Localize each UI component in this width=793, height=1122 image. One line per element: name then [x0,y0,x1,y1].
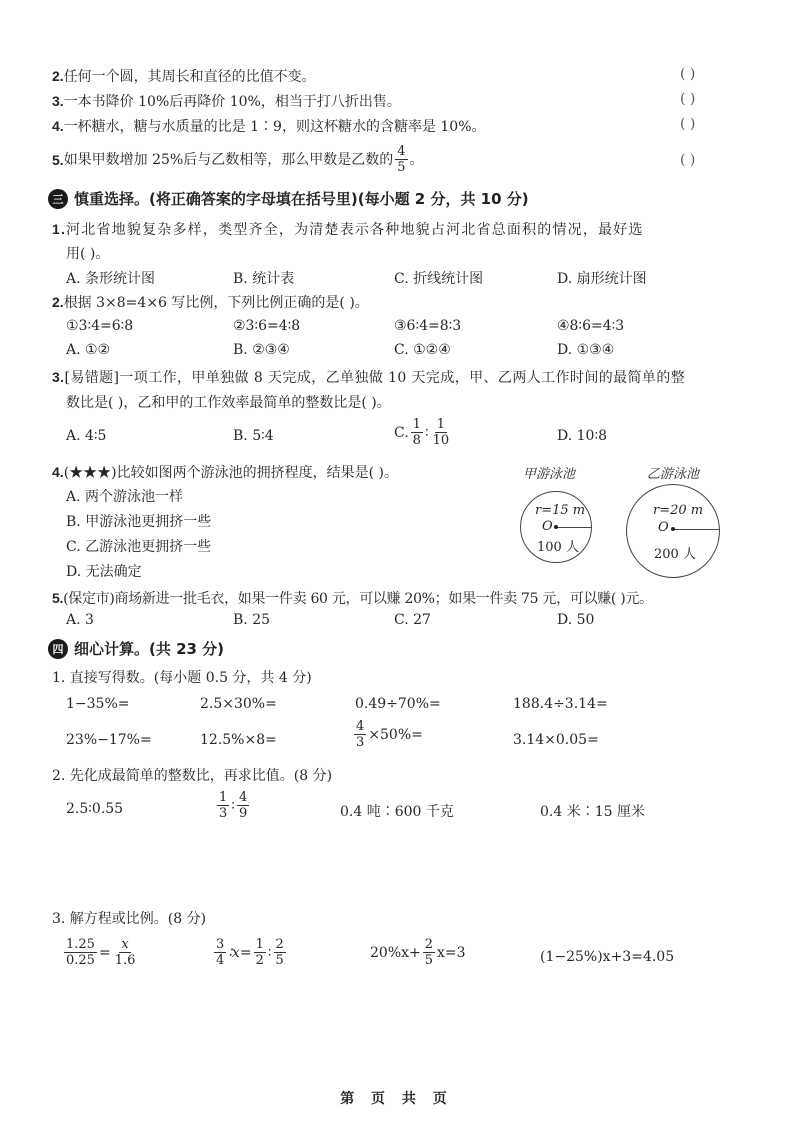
section-4-header: 四 细心计算。(共 23 分) [48,638,224,659]
calc-item: 0.49÷70%= [355,696,441,712]
pool-b-radius-label: r=20 m [653,503,703,518]
fraction: 18 [411,417,423,448]
option-b: B. 统计表 [233,268,294,288]
answer-blank[interactable]: ( ) [680,66,695,82]
judge-item-5: 5.如果甲数增加 25%后与乙数相等，那么甲数是乙数的 45 。 [52,144,424,175]
pool-b-title: 乙游泳池 [647,463,699,482]
pool-a-center-label: O [542,519,553,534]
pool-a-center-dot [554,525,558,529]
fraction: 1.250.25 [64,937,97,968]
calc-item: 43 ×50%= [352,719,423,750]
choice-q3-line1: 3.[易错题]一项工作，甲单独做 8 天完成，乙单独做 10 天完成，甲、乙两人… [52,367,685,388]
judge-item-3: 3.一本书降价 10%后再降价 10%，相当于打八折出售。 [52,91,401,112]
calc-item: 188.4÷3.14= [513,696,608,712]
option-a: A. 条形统计图 [66,268,155,288]
choice-q1-line2: 用( )。 [66,244,109,264]
pool-a-title: 甲游泳池 [523,463,575,482]
calc-item: 12.5%×8= [200,732,277,748]
option-b: B. 5∶4 [233,428,274,444]
option-b: B. 甲游泳池更拥挤一些 [66,511,211,531]
equation-item: 20%x+ 25 x=3 [370,937,466,968]
choice-q4: 4.(★★★)比较如图两个游泳池的拥挤程度，结果是( )。 [52,462,398,483]
option-d: D. 扇形统计图 [557,268,647,288]
judge-item-4: 4.一杯糖水，糖与水质量的比是 1∶9，则这杯糖水的含糖率是 10%。 [52,116,486,137]
option-b: B. ②③④ [233,342,290,358]
fraction: 25 [274,937,286,968]
calc-item: 3.14×0.05= [513,732,599,748]
answer-blank[interactable]: ( ) [680,152,695,168]
fraction: 110 [431,417,452,448]
option-a: A. 4∶5 [66,428,106,444]
section-title: 慎重选择。(将正确答案的字母填在括号里)(每小题 2 分，共 10 分) [74,188,529,209]
ratio-item: 2.5∶0.55 [66,801,123,817]
proportion-item-1: ①3∶4=6∶8 [66,318,133,334]
section-number-badge: 四 [48,639,68,659]
pool-b-people: 200 人 [654,543,696,562]
pool-b-radius-line [673,529,720,530]
proportion-item-4: ④8∶6=4∶3 [557,318,624,334]
choice-q1-line1: 1.河北省地貌复杂多样，类型齐全，为清楚表示各种地貌占河北省总面积的情况，最好选 [52,219,644,240]
section-title: 细心计算。(共 23 分) [74,638,224,659]
pool-b-center-dot [671,527,675,531]
option-d: D. 10∶8 [557,428,607,444]
option-a: A. 两个游泳池一样 [66,486,183,506]
page-footer: 第 页 共 页 [0,1088,793,1108]
pool-a-radius-label: r=15 m [535,503,585,518]
calc-part1-title: 1. 直接写得数。(每小题 0.5 分，共 4 分) [52,668,312,688]
answer-blank[interactable]: ( ) [680,91,695,107]
option-b: B. 25 [233,612,270,628]
calc-part2-title: 2. 先化成最简单的整数比，再求比值。(8 分) [52,766,332,786]
calc-item: 1−35%= [66,696,130,712]
pool-b-center-label: O [658,520,669,535]
proportion-item-3: ③6∶4=8∶3 [394,318,461,334]
option-c: C. 18 ∶ 110 [394,417,453,448]
equation-item: 1.250.25 = x1.6 [62,937,139,968]
fraction: 34 [214,937,226,968]
ratio-item: 0.4 米∶15 厘米 [540,801,645,821]
fraction: 49 [237,790,249,821]
fraction: 45 [395,144,407,175]
fraction: 12 [254,937,266,968]
equation-item: 34 ∶x= 12 ∶ 25 [212,937,288,968]
option-d: D. ①③④ [557,342,614,358]
calc-item: 2.5×30%= [200,696,277,712]
fraction: x1.6 [113,937,138,968]
option-c: C. 折线统计图 [394,268,483,288]
choice-q2: 2.根据 3×8=4×6 写比例，下列比例正确的是( )。 [52,292,369,313]
option-a: A. 3 [66,612,94,628]
ratio-item: 0.4 吨∶600 千克 [340,801,454,821]
option-c: C. 27 [394,612,431,628]
fraction: 13 [217,790,229,821]
option-d: D. 无法确定 [66,561,142,581]
proportion-item-2: ②3∶6=4∶8 [233,318,300,334]
pool-a-radius-line [556,527,592,528]
option-c: C. 乙游泳池更拥挤一些 [66,536,211,556]
fraction: 43 [354,719,366,750]
choice-q5: 5.(保定市)商场新进一批毛衣，如果一件卖 60 元，可以赚 20%；如果一件卖… [52,588,653,609]
section-number-badge: 三 [48,189,68,209]
option-c: C. ①②④ [394,342,451,358]
section-3-header: 三 慎重选择。(将正确答案的字母填在括号里)(每小题 2 分，共 10 分) [48,188,529,209]
option-d: D. 50 [557,612,594,628]
choice-q3-line2: 数比是( )，乙和甲的工作效率最简单的整数比是( )。 [66,393,391,413]
pool-b-circle [626,484,720,578]
ratio-item: 13 ∶ 49 [215,790,251,821]
judge-item-2: 2.任何一个圆，其周长和直径的比值不变。 [52,66,316,87]
calc-item: 23%−17%= [66,732,152,748]
calc-part3-title: 3. 解方程或比例。(8 分) [52,909,206,929]
equation-item: (1−25%)x+3=4.05 [540,949,674,965]
option-a: A. ①② [66,342,110,358]
pool-a-people: 100 人 [537,536,579,555]
answer-blank[interactable]: ( ) [680,116,695,132]
fraction: 25 [423,937,435,968]
